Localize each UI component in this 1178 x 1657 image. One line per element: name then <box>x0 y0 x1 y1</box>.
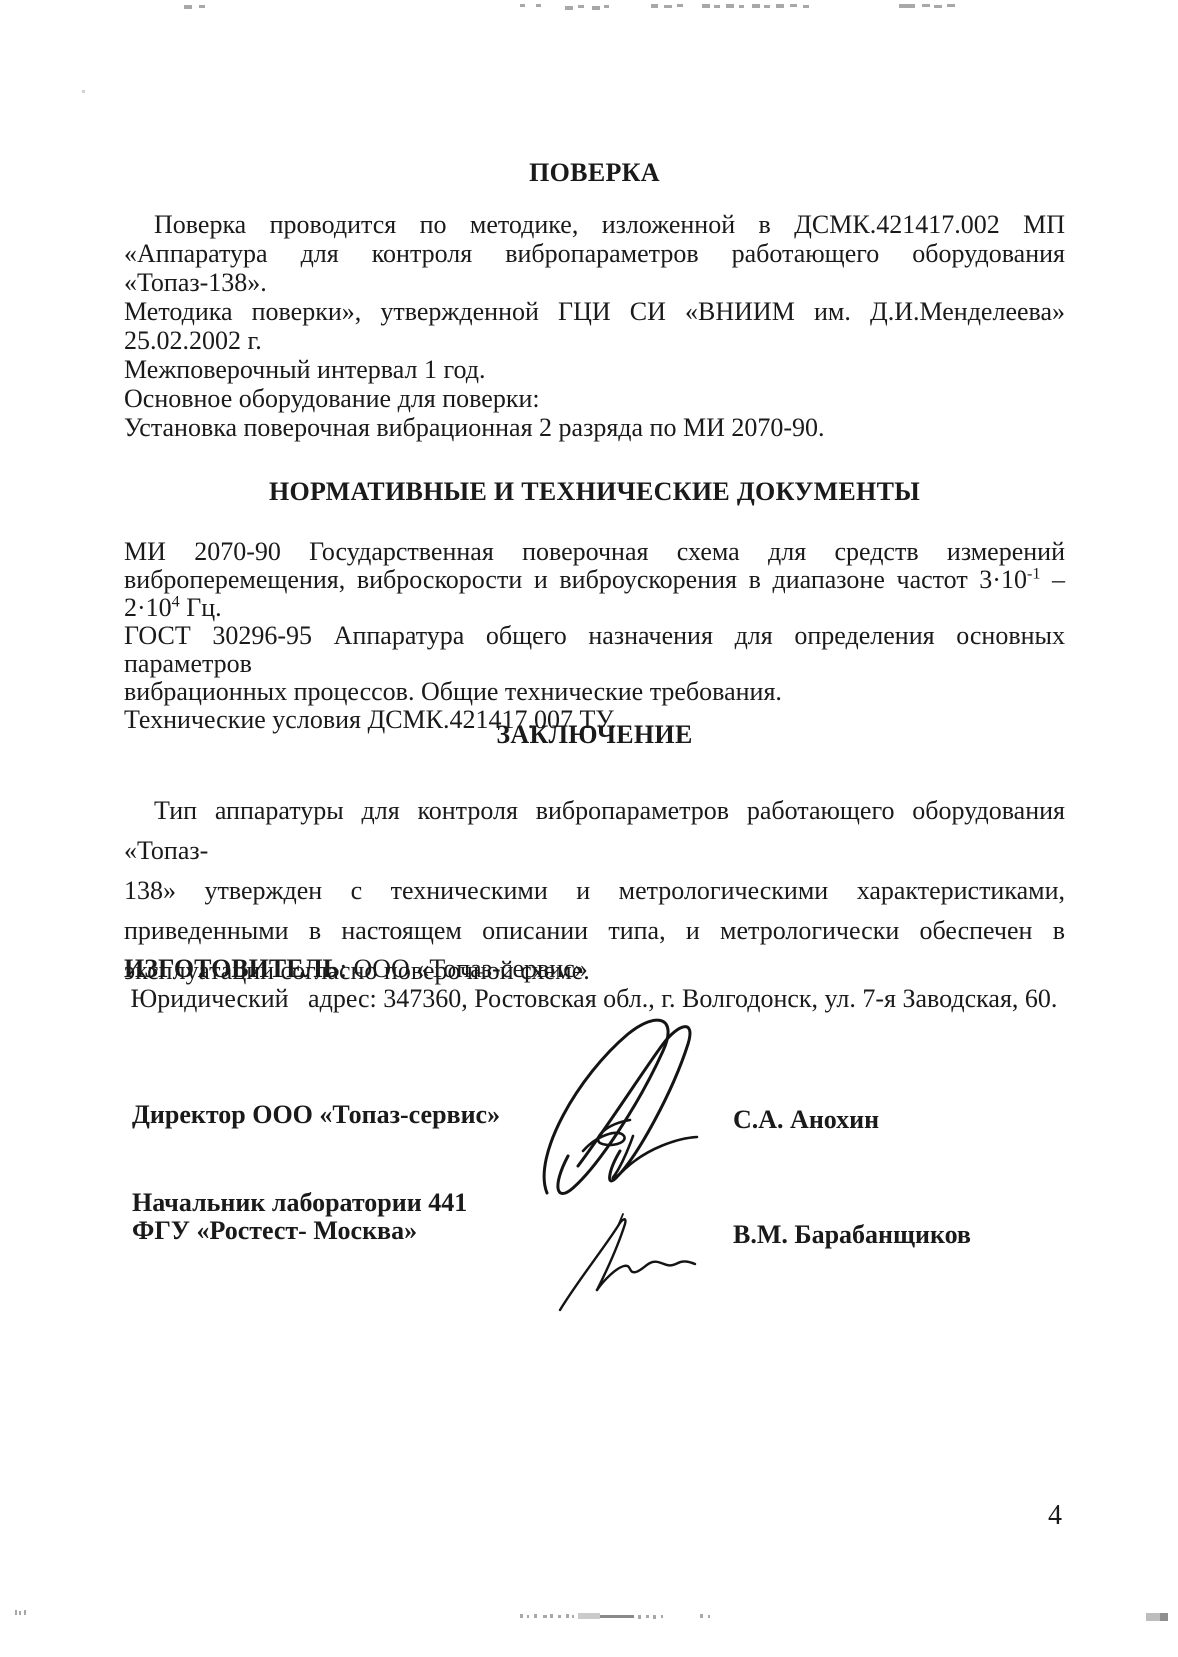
paragraph-line: 25.02.2002 г. <box>124 326 1065 355</box>
scan-artifact <box>578 1613 600 1619</box>
scan-artifact <box>803 5 809 8</box>
section-title-poverka: ПОВЕРКА <box>124 158 1065 187</box>
section-title-normative-docs: НОРМАТИВНЫЕ И ТЕХНИЧЕСКИЕ ДОКУМЕНТЫ <box>124 477 1065 506</box>
scan-artifact <box>708 1615 710 1618</box>
scan-artifact <box>664 5 672 8</box>
scan-artifact <box>534 1614 537 1618</box>
scan-artifact <box>520 4 525 7</box>
scan-artifact <box>24 1610 26 1615</box>
handwritten-signature-director <box>538 1016 723 1221</box>
text-segment: Гц. <box>180 593 222 622</box>
scan-artifact <box>947 4 955 7</box>
scan-artifact <box>651 4 658 8</box>
scan-artifact <box>572 1615 574 1618</box>
paragraph-line: Тип аппаратуры для контроля вибропарамет… <box>124 791 1065 871</box>
manufacturer-address: Юридический адрес: 347360, Ростовская об… <box>124 984 1065 1014</box>
scan-artifact <box>604 5 609 8</box>
section-title-conclusion: ЗАКЛЮЧЕНИЕ <box>124 720 1065 749</box>
scan-artifact <box>752 4 760 8</box>
normative-paragraph: МИ 2070-90 Государственная поверочная сх… <box>124 538 1065 734</box>
manufacturer-value: : ООО «Топаз-сервис» <box>340 954 588 983</box>
scan-artifact <box>661 1615 663 1618</box>
scan-artifact <box>899 4 915 8</box>
paragraph-line: ГОСТ 30296-95 Аппаратура общего назначен… <box>124 622 1065 678</box>
signatory-name-anokhin: С.А. Анохин <box>733 1105 1053 1134</box>
scan-artifact <box>790 4 797 7</box>
scan-artifact <box>677 4 683 7</box>
scan-artifact <box>1160 1613 1168 1621</box>
scan-artifact <box>543 1615 547 1618</box>
scan-artifact <box>600 1615 634 1618</box>
scan-artifact <box>922 4 930 7</box>
scan-artifact <box>550 1614 553 1618</box>
poverka-paragraph: Поверка проводится по методике, изложенн… <box>124 210 1065 442</box>
manufacturer-block: ИЗГОТОВИТЕЛЬ: ООО «Топаз-сервис» Юридиче… <box>124 954 1065 1014</box>
scan-artifact <box>764 5 770 8</box>
scan-artifact <box>536 4 541 7</box>
scan-artifact <box>15 1610 17 1615</box>
page-number: 4 <box>1048 1500 1062 1532</box>
scan-artifact <box>199 5 205 8</box>
scan-artifact <box>714 5 720 8</box>
text-segment: – <box>1040 565 1065 594</box>
text-segment: 2·10 <box>124 593 172 622</box>
scan-artifact <box>776 4 784 8</box>
scan-artifact <box>82 90 85 93</box>
superscript-exponent: 4 <box>172 593 180 610</box>
signatory-name-barabanshchikov: В.М. Барабанщиков <box>733 1220 1073 1249</box>
scan-artifact <box>739 5 744 8</box>
scan-artifact <box>184 5 192 9</box>
text-segment: виброперемещения, виброскорости и виброу… <box>124 565 1027 594</box>
scan-artifact <box>700 1614 703 1618</box>
scan-artifact <box>592 6 600 10</box>
paragraph-line: Межповерочный интервал 1 год. <box>124 355 1065 384</box>
scan-artifact <box>1146 1613 1160 1621</box>
scan-artifact <box>527 1615 529 1618</box>
scan-artifact <box>19 1611 21 1615</box>
handwritten-signature-head-lab <box>542 1210 702 1318</box>
scan-artifact <box>702 4 710 8</box>
scan-artifact <box>566 1614 569 1618</box>
paragraph-line: МИ 2070-90 Государственная поверочная сх… <box>124 538 1065 566</box>
manufacturer-line: ИЗГОТОВИТЕЛЬ: ООО «Топаз-сервис» <box>124 954 1065 984</box>
scan-artifact <box>646 1615 649 1618</box>
paragraph-line: приведенными в настоящем описании типа, … <box>124 911 1065 951</box>
paragraph-line: Установка поверочная вибрационная 2 разр… <box>124 413 1065 442</box>
paragraph-line-with-superscript: виброперемещения, виброскорости и виброу… <box>124 566 1065 594</box>
paragraph-line: Методика поверки», утвержденной ГЦИ СИ «… <box>124 297 1065 326</box>
scan-artifact <box>565 6 573 10</box>
paragraph-line: 138» утвержден с техническими и метролог… <box>124 871 1065 911</box>
scan-artifact <box>520 1614 523 1618</box>
superscript-exponent: -1 <box>1027 565 1040 582</box>
scan-artifact <box>558 1615 561 1618</box>
scan-artifact <box>638 1615 641 1619</box>
manufacturer-label: ИЗГОТОВИТЕЛЬ <box>124 954 340 983</box>
paragraph-line: «Аппаратура для контроля вибропараметров… <box>124 239 1065 297</box>
scan-artifact <box>934 5 942 8</box>
scan-artifact <box>653 1615 656 1619</box>
paragraph-line: Основное оборудование для поверки: <box>124 384 1065 413</box>
paragraph-line: Поверка проводится по методике, изложенн… <box>124 210 1065 239</box>
scan-artifact <box>726 4 734 8</box>
paragraph-line: вибрационных процессов. Общие технически… <box>124 678 1065 706</box>
paragraph-line-with-superscript: 2·104 Гц. <box>124 594 1065 622</box>
document-page: ПОВЕРКА Поверка проводится по методике, … <box>0 0 1178 1657</box>
scan-artifact <box>578 5 584 8</box>
